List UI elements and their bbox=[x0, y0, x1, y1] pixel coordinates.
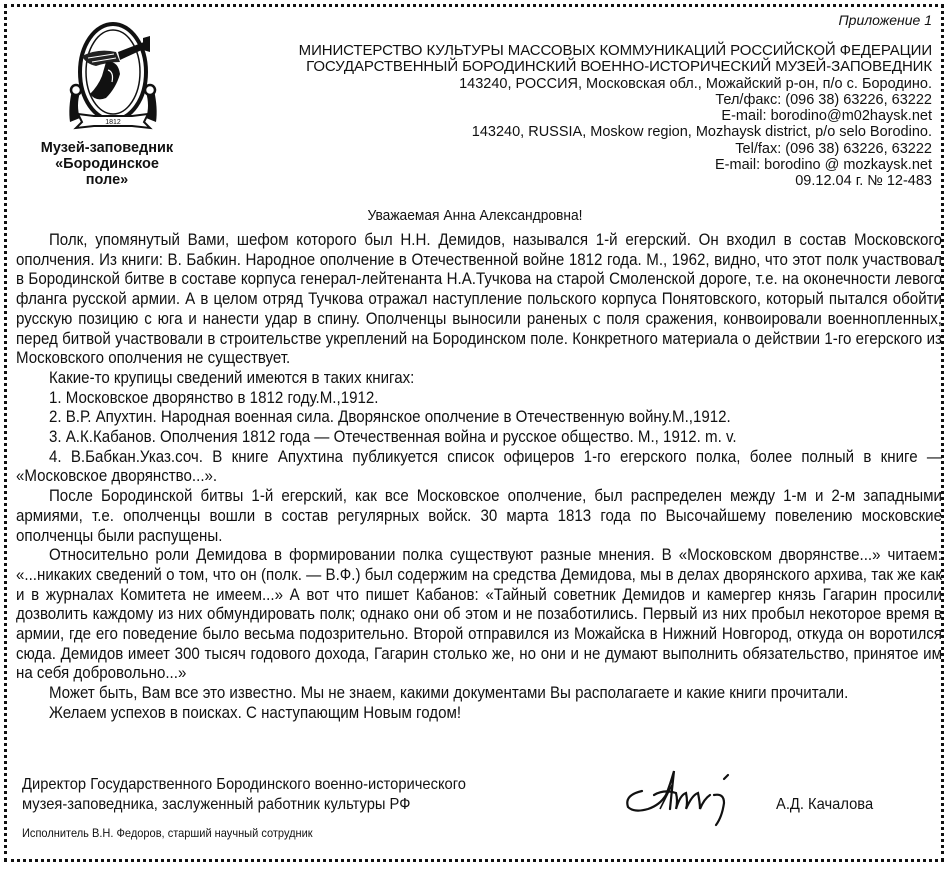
handwritten-signature-icon bbox=[620, 765, 750, 827]
book-list-item: 4. В.Бабкан.Указ.соч. В книге Апухтина п… bbox=[16, 448, 942, 487]
signer-title: Директор Государственного Бородинского в… bbox=[22, 775, 466, 814]
email-en: E-mail: borodino @ mozkaysk.net bbox=[299, 157, 932, 173]
address-ru: 143240, РОССИЯ, Московская обл., Можайск… bbox=[299, 76, 932, 92]
address-en: 143240, RUSSIA, Moskow region, Mozhaysk … bbox=[299, 124, 932, 140]
letter-body: Полк, упомянутый Вами, шефом которого бы… bbox=[16, 231, 942, 724]
paragraph: Какие-то крупицы сведений имеются в таки… bbox=[16, 369, 942, 389]
reference-date-number: 09.12.04 г. № 12-483 bbox=[299, 173, 932, 189]
signer-name: А.Д. Качалова bbox=[776, 796, 873, 814]
paragraph: Полк, упомянутый Вами, шефом которого бы… bbox=[16, 231, 942, 369]
paragraph: Может быть, Вам все это известно. Мы не … bbox=[16, 684, 942, 704]
book-list-item: 1. Московское дворянство в 1812 году.М.,… bbox=[16, 389, 942, 409]
phone-ru: Тел/факс: (096 38) 63226, 63222 bbox=[299, 92, 932, 108]
paragraph: После Бородинской битвы 1-й егерский, ка… bbox=[16, 487, 942, 546]
logo-year: 1812 bbox=[105, 119, 121, 126]
letterhead: МИНИСТЕРСТВО КУЛЬТУРЫ МАССОВЫХ КОММУНИКА… bbox=[299, 43, 932, 190]
greeting: Уважаемая Анна Александровна! bbox=[38, 207, 912, 224]
book-list-item: 2. В.Р. Апухтин. Народная военная сила. … bbox=[16, 408, 942, 428]
executor-note: Исполнитель В.Н. Федоров, старший научны… bbox=[22, 826, 313, 840]
angel-trumpet-emblem-icon: 1812 bbox=[58, 18, 168, 136]
ministry-name: МИНИСТЕРСТВО КУЛЬТУРЫ МАССОВЫХ КОММУНИКА… bbox=[299, 43, 932, 59]
institution-name: ГОСУДАРСТВЕННЫЙ БОРОДИНСКИЙ ВОЕННО-ИСТОР… bbox=[299, 59, 932, 75]
email-ru: E-mail: borodino@m02haysk.net bbox=[299, 108, 932, 124]
appendix-label: Приложение 1 bbox=[839, 12, 932, 28]
museum-name: Музей-заповедник «Бородинское поле» bbox=[22, 140, 192, 188]
phone-en: Tel/fax: (096 38) 63226, 63222 bbox=[299, 141, 932, 157]
paragraph: Относительно роли Демидова в формировани… bbox=[16, 546, 942, 684]
paragraph: Желаем успехов в поисках. С наступающим … bbox=[16, 704, 942, 724]
book-list-item: 3. А.К.Кабанов. Ополчения 1812 года — От… bbox=[16, 428, 942, 448]
